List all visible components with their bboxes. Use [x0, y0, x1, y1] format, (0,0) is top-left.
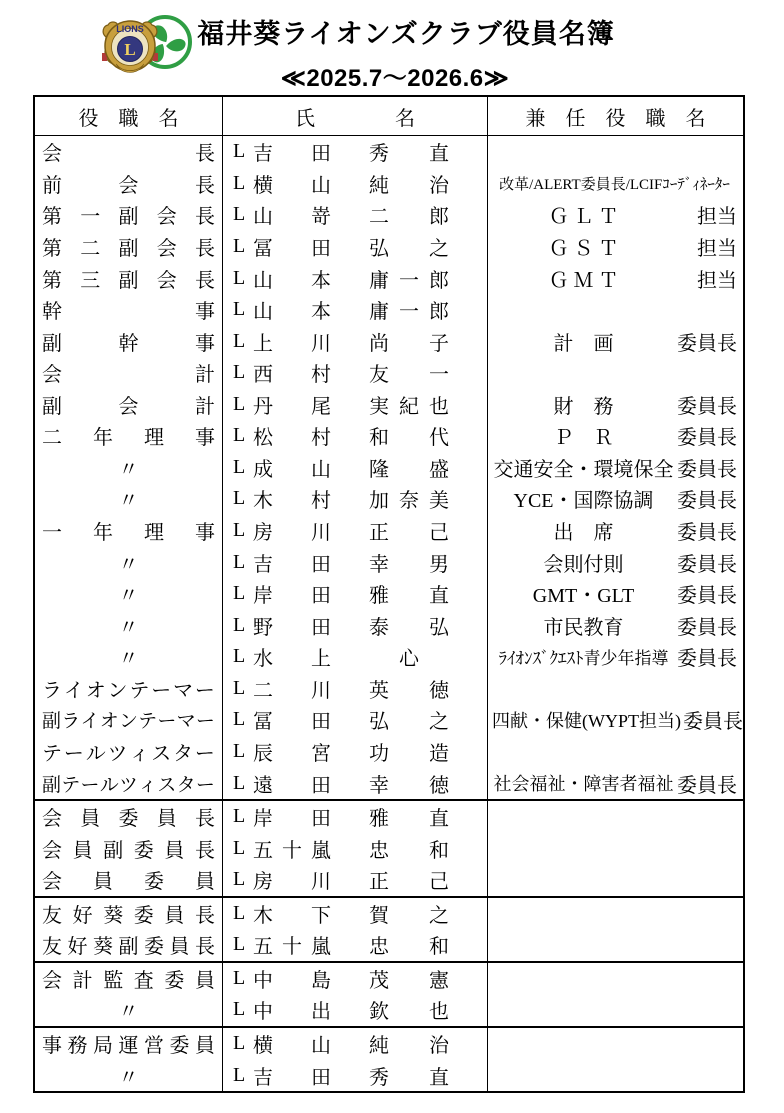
concurrent-cell: 社会福祉・障害者福祉 委員長 [487, 767, 743, 799]
position-label: 会員委員 [42, 865, 215, 894]
given-name: 和代 [369, 421, 449, 450]
position-label: 友好葵副委員長 [42, 930, 215, 959]
family-name: 房川 [253, 516, 331, 545]
name-cell: L 岸田 雅直 [222, 801, 487, 833]
given-name: 純治 [369, 1029, 449, 1058]
lions-member-prefix: L [233, 424, 249, 447]
table-row: 友好葵副委員長 L 五十嵐 忠和 [35, 929, 743, 963]
lions-member-prefix: L [233, 967, 249, 990]
table-row: 副幹事 L 上川 尚子 計 画 委員長 [35, 325, 743, 357]
position-cell: 〃 [35, 609, 222, 641]
name-cell: L 山本 庸一郎 [222, 262, 487, 294]
position-cell: 会計 [35, 357, 222, 389]
position-cell: 〃 [35, 483, 222, 515]
table-row: 二年理事 L 松村 和代 Ｐ Ｒ 委員長 [35, 420, 743, 452]
document-header: 福井葵ライオンズクラブ役員名簿 ≪2025.7～2026.6≫ [0, 12, 784, 93]
position-label: 〃 [42, 642, 215, 671]
family-name: 中出 [253, 995, 331, 1024]
table-row: 〃 L 水上 心 ﾗｲｵﾝｽﾞｸｴｽﾄ青少年指導 委員長 [35, 641, 743, 673]
given-name: 茂憲 [369, 964, 449, 993]
concurrent-cell [487, 673, 743, 705]
lions-member-prefix: L [233, 267, 249, 290]
family-name: 冨田 [253, 705, 331, 734]
concurrent-cell: 交通安全・環境保全 委員長 [487, 452, 743, 484]
concurrent-cell: Ｇ Ｌ Ｔ 担当 [487, 199, 743, 231]
table-row: 第一副会長 L 山嵜 二郎 Ｇ Ｌ Ｔ 担当 [35, 199, 743, 231]
position-cell: 会員委員 [35, 864, 222, 896]
concurrent-suffix: 担当 [675, 232, 737, 261]
concurrent-suffix: 委員長 [675, 769, 737, 798]
lions-member-prefix: L [233, 1064, 249, 1087]
position-cell: 一年理事 [35, 515, 222, 547]
concurrent-cell [487, 801, 743, 833]
family-name: 松村 [253, 421, 331, 450]
concurrent-cell: Ｐ Ｒ 委員長 [487, 420, 743, 452]
name-cell: L 五十嵐 忠和 [222, 832, 487, 864]
family-name: 丹尾 [253, 390, 331, 419]
position-cell: 幹事 [35, 294, 222, 326]
given-name: 正己 [369, 516, 449, 545]
family-name: 遠田 [253, 769, 331, 798]
concurrent-cell [487, 136, 743, 168]
lions-member-prefix: L [233, 837, 249, 860]
table-row: 〃 L 吉田 幸男 会則付則 委員長 [35, 546, 743, 578]
position-label: 友好葵委員長 [42, 899, 215, 928]
family-name: 五十嵐 [253, 930, 331, 959]
lions-member-prefix: L [233, 519, 249, 542]
position-label: 会員副委員長 [42, 834, 215, 863]
table-row: 〃 L 成山 隆盛 交通安全・環境保全 委員長 [35, 452, 743, 484]
lions-member-prefix: L [233, 998, 249, 1021]
position-label: 会計 [42, 358, 215, 387]
position-cell: 会計監査委員 [35, 963, 222, 995]
concurrent-title: 計 画 [492, 327, 675, 356]
name-cell: L 房川 正己 [222, 864, 487, 896]
concurrent-cell: 計 画 委員長 [487, 325, 743, 357]
table-row: 一年理事 L 房川 正己 出 席 委員長 [35, 515, 743, 547]
position-label: 会計監査委員 [42, 964, 215, 993]
name-cell: L 丹尾 実紀也 [222, 389, 487, 421]
concurrent-cell [487, 929, 743, 961]
concurrent-cell [487, 994, 743, 1026]
position-cell: 副テールツィスター [35, 767, 222, 799]
term-subtitle: ≪2025.7～2026.6≫ [0, 58, 784, 93]
table-row: 会員委員長 L 岸田 雅直 [35, 801, 743, 833]
col-header-concurrent: 兼 任 役 職 名 [487, 97, 743, 135]
concurrent-cell [487, 864, 743, 896]
page-title: 福井葵ライオンズクラブ役員名簿 [0, 12, 784, 51]
concurrent-title: 改革/ALERT委員長/LCIFｺｰﾃﾞｨﾈｰﾀｰ [492, 173, 737, 194]
concurrent-cell [487, 963, 743, 995]
concurrent-cell: 市民教育 委員長 [487, 609, 743, 641]
concurrent-cell [487, 832, 743, 864]
position-label: 前会長 [42, 169, 215, 198]
position-label: 〃 [42, 1061, 215, 1090]
family-name: 二川 [253, 674, 331, 703]
lions-member-prefix: L [233, 614, 249, 637]
given-name: 弘之 [369, 705, 449, 734]
position-label: 副会計 [42, 390, 215, 419]
family-name: 横山 [253, 1029, 331, 1058]
given-name: 幸男 [369, 548, 449, 577]
lions-member-prefix: L [233, 708, 249, 731]
table-row: 〃 L 野田 泰弘 市民教育 委員長 [35, 609, 743, 641]
name-cell: L 山嵜 二郎 [222, 199, 487, 231]
name-cell: L 吉田 秀直 [222, 1059, 487, 1091]
given-name: 尚子 [369, 327, 449, 356]
lions-member-prefix: L [233, 868, 249, 891]
name-cell: L 木下 賀之 [222, 898, 487, 930]
concurrent-cell [487, 357, 743, 389]
given-name: 二郎 [369, 200, 449, 229]
table-row: 事務局運営委員 L 横山 純治 [35, 1028, 743, 1060]
concurrent-suffix: 委員長 [675, 642, 737, 671]
concurrent-cell [487, 736, 743, 768]
concurrent-cell [487, 898, 743, 930]
lions-member-prefix: L [233, 330, 249, 353]
position-cell: 〃 [35, 1059, 222, 1091]
lions-member-prefix: L [233, 140, 249, 163]
concurrent-title: ﾗｲｵﾝｽﾞｸｴｽﾄ青少年指導 [492, 644, 675, 669]
given-name: 純治 [369, 169, 449, 198]
concurrent-suffix: 委員長 [675, 484, 737, 513]
family-name: 房川 [253, 865, 331, 894]
family-name: 中島 [253, 964, 331, 993]
position-label: 〃 [42, 579, 215, 608]
given-name: 実紀也 [369, 390, 449, 419]
given-name: 友一 [369, 358, 449, 387]
table-row: 〃 L 木村 加奈美 YCE・国際協調 委員長 [35, 483, 743, 515]
name-cell: L 房川 正己 [222, 515, 487, 547]
concurrent-cell: 出 席 委員長 [487, 515, 743, 547]
name-cell: L 上川 尚子 [222, 325, 487, 357]
family-name: 辰宮 [253, 737, 331, 766]
concurrent-suffix: 委員長 [675, 453, 737, 482]
lions-member-prefix: L [233, 772, 249, 795]
lions-member-prefix: L [233, 902, 249, 925]
position-label: 副テールツィスター [42, 770, 215, 797]
concurrent-cell: 四献・保健(WYPT担当) 委員長 [487, 704, 743, 736]
position-cell: テールツィスター [35, 736, 222, 768]
position-cell: 会員副委員長 [35, 832, 222, 864]
lions-member-prefix: L [233, 1032, 249, 1055]
position-cell: 会員委員長 [35, 801, 222, 833]
position-label: 〃 [42, 548, 215, 577]
position-label: 第二副会長 [42, 232, 215, 261]
given-name: 雅直 [369, 579, 449, 608]
concurrent-cell [487, 294, 743, 326]
given-name: 庸一郎 [369, 295, 449, 324]
family-name: 五十嵐 [253, 834, 331, 863]
table-row: 友好葵委員長 L 木下 賀之 [35, 898, 743, 930]
name-cell: L 野田 泰弘 [222, 609, 487, 641]
family-name: 野田 [253, 611, 331, 640]
concurrent-title: Ｇ Ｍ Ｔ [492, 264, 675, 293]
family-name: 岸田 [253, 579, 331, 608]
name-cell: L 吉田 幸男 [222, 546, 487, 578]
position-label: 会員委員長 [42, 802, 215, 831]
concurrent-suffix: 委員長 [675, 579, 737, 608]
position-label: 〃 [42, 611, 215, 640]
table-row: 会計 L 西村 友一 [35, 357, 743, 389]
position-cell: 友好葵委員長 [35, 898, 222, 930]
table-header-row: 役 職 名 氏 名 兼 任 役 職 名 [35, 97, 743, 136]
position-cell: 〃 [35, 452, 222, 484]
table-row: 前会長 L 横山 純治 改革/ALERT委員長/LCIFｺｰﾃﾞｨﾈｰﾀｰ [35, 168, 743, 200]
name-cell: L 二川 英徳 [222, 673, 487, 705]
concurrent-title: Ｇ Ｌ Ｔ [492, 200, 675, 229]
concurrent-cell: 改革/ALERT委員長/LCIFｺｰﾃﾞｨﾈｰﾀｰ [487, 168, 743, 200]
lions-member-prefix: L [233, 677, 249, 700]
concurrent-suffix: 担当 [675, 200, 737, 229]
position-label: 〃 [42, 484, 215, 513]
family-name: 山嵜 [253, 200, 331, 229]
table-row: 副会計 L 丹尾 実紀也 財 務 委員長 [35, 389, 743, 421]
table-row: 〃 L 吉田 秀直 [35, 1059, 743, 1091]
document-page: LIONS L 福井葵ライオンズクラブ役員名簿 ≪2025.7～2026.6≫ … [0, 0, 784, 1113]
name-cell: L 水上 心 [222, 641, 487, 673]
family-name: 吉田 [253, 137, 331, 166]
concurrent-cell: GMT・GLT 委員長 [487, 578, 743, 610]
position-cell: 友好葵副委員長 [35, 929, 222, 961]
name-cell: L 冨田 弘之 [222, 231, 487, 263]
col-header-position: 役 職 名 [35, 97, 222, 135]
position-cell: 副会計 [35, 389, 222, 421]
name-cell: L 松村 和代 [222, 420, 487, 452]
given-name: 泰弘 [369, 611, 449, 640]
lions-member-prefix: L [233, 203, 249, 226]
position-cell: 〃 [35, 546, 222, 578]
concurrent-title: 社会福祉・障害者福祉 [492, 770, 675, 796]
concurrent-cell: YCE・国際協調 委員長 [487, 483, 743, 515]
col-header-name: 氏 名 [222, 97, 487, 135]
concurrent-cell [487, 1028, 743, 1060]
table-row: 〃 L 岸田 雅直 GMT・GLT 委員長 [35, 578, 743, 610]
name-cell: L 五十嵐 忠和 [222, 929, 487, 961]
position-label: 事務局運営委員 [42, 1029, 215, 1058]
position-label: 第三副会長 [42, 264, 215, 293]
table-row: 会長 L 吉田 秀直 [35, 136, 743, 168]
concurrent-cell [487, 1059, 743, 1091]
name-cell: L 成山 隆盛 [222, 452, 487, 484]
concurrent-title: 四献・保健(WYPT担当) [492, 707, 681, 733]
given-name: 弘之 [369, 232, 449, 261]
name-cell: L 横山 純治 [222, 168, 487, 200]
family-name: 横山 [253, 169, 331, 198]
position-cell: 前会長 [35, 168, 222, 200]
concurrent-title: Ｇ Ｓ Ｔ [492, 232, 675, 261]
name-cell: L 辰宮 功造 [222, 736, 487, 768]
concurrent-title: GMT・GLT [492, 579, 675, 608]
lions-member-prefix: L [233, 456, 249, 479]
position-cell: 〃 [35, 994, 222, 1026]
position-cell: 事務局運営委員 [35, 1028, 222, 1060]
concurrent-suffix: 委員長 [675, 611, 737, 640]
table-row: ライオンテーマー L 二川 英徳 [35, 673, 743, 705]
position-cell: 〃 [35, 641, 222, 673]
position-cell: 二年理事 [35, 420, 222, 452]
concurrent-suffix: 委員長 [675, 390, 737, 419]
name-cell: L 吉田 秀直 [222, 136, 487, 168]
position-cell: 副幹事 [35, 325, 222, 357]
position-cell: 副ライオンテーマー [35, 704, 222, 736]
position-cell: 〃 [35, 578, 222, 610]
table-row: 会計監査委員 L 中島 茂憲 [35, 963, 743, 995]
family-name: 岸田 [253, 802, 331, 831]
position-cell: 第一副会長 [35, 199, 222, 231]
name-cell: L 中島 茂憲 [222, 963, 487, 995]
position-label: ライオンテーマー [42, 674, 215, 703]
name-cell: L 岸田 雅直 [222, 578, 487, 610]
concurrent-title: 出 席 [492, 516, 675, 545]
position-label: 一年理事 [42, 516, 215, 545]
family-name: 山本 [253, 264, 331, 293]
lions-member-prefix: L [233, 645, 249, 668]
position-label: 第一副会長 [42, 200, 215, 229]
given-name: 庸一郎 [369, 264, 449, 293]
concurrent-suffix: 委員長 [675, 327, 737, 356]
lions-member-prefix: L [233, 393, 249, 416]
concurrent-suffix: 委員長 [675, 516, 737, 545]
table-row: 副テールツィスター L 遠田 幸徳 社会福祉・障害者福祉 委員長 [35, 767, 743, 801]
position-label: 副幹事 [42, 327, 215, 356]
lions-member-prefix: L [233, 361, 249, 384]
name-cell: L 西村 友一 [222, 357, 487, 389]
table-row: 第三副会長 L 山本 庸一郎 Ｇ Ｍ Ｔ 担当 [35, 262, 743, 294]
family-name: 木下 [253, 899, 331, 928]
name-cell: L 木村 加奈美 [222, 483, 487, 515]
table-row: 第二副会長 L 冨田 弘之 Ｇ Ｓ Ｔ 担当 [35, 231, 743, 263]
concurrent-title: 財 務 [492, 390, 675, 419]
given-name: 雅直 [369, 802, 449, 831]
concurrent-cell: 会則付則 委員長 [487, 546, 743, 578]
given-name: 加奈美 [369, 484, 449, 513]
concurrent-cell: Ｇ Ｍ Ｔ 担当 [487, 262, 743, 294]
concurrent-title: Ｐ Ｒ [492, 421, 675, 450]
family-name: 西村 [253, 358, 331, 387]
given-name: 功造 [369, 737, 449, 766]
family-name: 水上 [253, 642, 331, 671]
name-cell: L 冨田 弘之 [222, 704, 487, 736]
position-label: 二年理事 [42, 421, 215, 450]
lions-member-prefix: L [233, 805, 249, 828]
position-label: 〃 [42, 995, 215, 1024]
table-row: 〃 L 中出 欽也 [35, 994, 743, 1028]
name-cell: L 中出 欽也 [222, 994, 487, 1026]
lions-member-prefix: L [233, 487, 249, 510]
given-name: 忠和 [369, 834, 449, 863]
position-label: 会長 [42, 137, 215, 166]
officer-roster-table: 役 職 名 氏 名 兼 任 役 職 名 会長 L 吉田 秀直 前会長 L 横山 … [33, 95, 745, 1093]
position-label: 〃 [42, 453, 215, 482]
lions-member-prefix: L [233, 235, 249, 258]
table-row: 会員委員 L 房川 正己 [35, 864, 743, 898]
given-name: 賀之 [369, 899, 449, 928]
name-cell: L 山本 庸一郎 [222, 294, 487, 326]
given-name: 忠和 [369, 930, 449, 959]
family-name: 吉田 [253, 548, 331, 577]
position-cell: ライオンテーマー [35, 673, 222, 705]
family-name: 吉田 [253, 1061, 331, 1090]
given-name: 秀直 [369, 137, 449, 166]
concurrent-title: 市民教育 [492, 611, 675, 640]
table-row: 会員副委員長 L 五十嵐 忠和 [35, 832, 743, 864]
table-row: 副ライオンテーマー L 冨田 弘之 四献・保健(WYPT担当) 委員長 [35, 704, 743, 736]
family-name: 成山 [253, 453, 331, 482]
concurrent-cell: 財 務 委員長 [487, 389, 743, 421]
lions-member-prefix: L [233, 551, 249, 574]
given-name: 正己 [369, 865, 449, 894]
lions-member-prefix: L [233, 172, 249, 195]
concurrent-title: YCE・国際協調 [492, 484, 675, 513]
lions-member-prefix: L [233, 298, 249, 321]
given-name: 秀直 [369, 1061, 449, 1090]
position-label: 幹事 [42, 295, 215, 324]
position-cell: 会長 [35, 136, 222, 168]
lions-member-prefix: L [233, 740, 249, 763]
lions-member-prefix: L [233, 582, 249, 605]
table-row: テールツィスター L 辰宮 功造 [35, 736, 743, 768]
concurrent-title: 交通安全・環境保全 [492, 453, 675, 482]
name-cell: L 横山 純治 [222, 1028, 487, 1060]
given-name: 隆盛 [369, 453, 449, 482]
given-name: 欽也 [369, 995, 449, 1024]
concurrent-suffix: 委員長 [681, 705, 743, 734]
concurrent-suffix: 委員長 [675, 548, 737, 577]
lions-member-prefix: L [233, 933, 249, 956]
family-name: 木村 [253, 484, 331, 513]
table-body: 会長 L 吉田 秀直 前会長 L 横山 純治 改革/ALERT委員長/LCIFｺ… [35, 136, 743, 1091]
position-label: テールツィスター [42, 737, 215, 766]
concurrent-cell: ﾗｲｵﾝｽﾞｸｴｽﾄ青少年指導 委員長 [487, 641, 743, 673]
concurrent-cell: Ｇ Ｓ Ｔ 担当 [487, 231, 743, 263]
given-name: 幸徳 [369, 769, 449, 798]
given-name: 英徳 [369, 674, 449, 703]
concurrent-suffix: 委員長 [675, 421, 737, 450]
position-cell: 第二副会長 [35, 231, 222, 263]
name-cell: L 遠田 幸徳 [222, 767, 487, 799]
family-name: 冨田 [253, 232, 331, 261]
position-cell: 第三副会長 [35, 262, 222, 294]
concurrent-title: 会則付則 [492, 548, 675, 577]
family-name: 上川 [253, 327, 331, 356]
given-name: 心 [369, 642, 449, 671]
family-name: 山本 [253, 295, 331, 324]
concurrent-suffix: 担当 [675, 264, 737, 293]
table-row: 幹事 L 山本 庸一郎 [35, 294, 743, 326]
position-label: 副ライオンテーマー [42, 706, 215, 733]
